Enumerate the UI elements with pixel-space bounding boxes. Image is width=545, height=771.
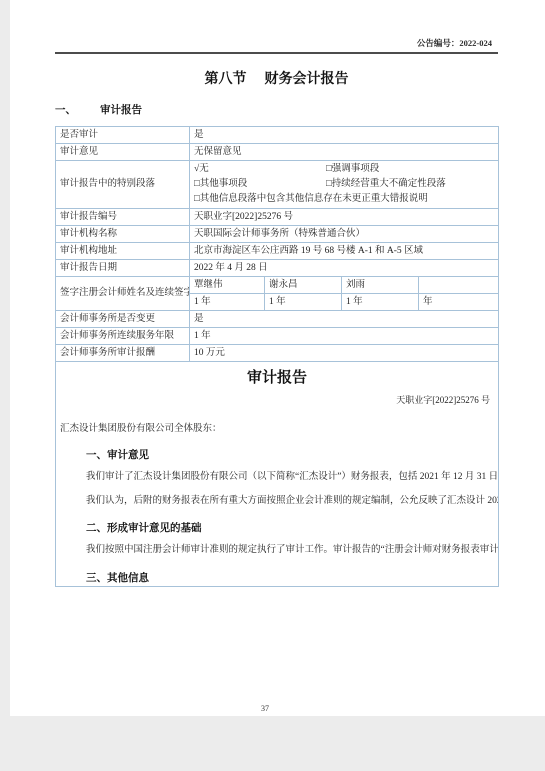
header-rule — [55, 52, 498, 54]
checkbox-option-none: √无 — [194, 162, 326, 177]
option-line: □其他事项段 □持续经营重大不确定性段落 — [194, 177, 494, 192]
document-viewport: 公告编号：2022-024 第八节财务会计报告 一、审计报告 是否审计 是 — [0, 0, 545, 771]
row-label: 审计意见 — [56, 144, 190, 161]
row-label: 审计报告日期 — [56, 260, 190, 277]
subsection-heading: 一、审计报告 — [55, 102, 498, 117]
signer-name: 刘雨 — [342, 277, 419, 294]
signer-name: 覃继伟 — [190, 277, 265, 294]
table-row: 审计报告编号 天职业字[2022]25276 号 — [56, 209, 499, 226]
signer-name — [419, 277, 499, 294]
row-value: 是 — [190, 127, 499, 144]
table-row: 会计师事务所是否变更 是 — [56, 311, 499, 328]
table-row: 会计师事务所审计报酬 10 万元 — [56, 345, 499, 362]
checkbox-option-other-matter: □其他事项段 — [194, 177, 326, 192]
row-value: 是 — [190, 311, 499, 328]
table-row-signers-names: 签字注册会计师姓名及连续签字年限 覃继伟 谢永昌 刘雨 — [56, 277, 499, 294]
row-label: 会计师事务所是否变更 — [56, 311, 190, 328]
report-paragraph: 我们认为，后附的财务报表在所有重大方面按照企业会计准则的规定编制，公允反映了汇杰… — [60, 493, 494, 510]
row-label: 签字注册会计师姓名及连续签字年限 — [56, 277, 190, 311]
table-row: 审计意见 无保留意见 — [56, 144, 499, 161]
row-label: 是否审计 — [56, 127, 190, 144]
row-value: 天职业字[2022]25276 号 — [190, 209, 499, 226]
report-heading-opinion: 一、审计意见 — [86, 449, 494, 462]
signer-years: 1 年 — [342, 294, 419, 311]
row-label: 审计机构地址 — [56, 243, 190, 260]
signer-years: 1 年 — [265, 294, 342, 311]
row-label: 会计师事务所审计报酬 — [56, 345, 190, 362]
row-label: 审计报告中的特别段落 — [56, 161, 190, 209]
option-line: □其他信息段落中包含其他信息存在未更正重大错报说明 — [194, 192, 494, 207]
table-row: 会计师事务所连续服务年限 1 年 — [56, 328, 499, 345]
table-row: 审计机构名称 天职国际会计师事务所（特殊普通合伙） — [56, 226, 499, 243]
row-label: 会计师事务所连续服务年限 — [56, 328, 190, 345]
option-line: √无 □强调事项段 — [194, 162, 494, 177]
section-title: 财务会计报告 — [265, 72, 349, 87]
row-value: 无保留意见 — [190, 144, 499, 161]
subsection-number: 一、 — [55, 105, 76, 116]
table-row: 是否审计 是 — [56, 127, 499, 144]
checkbox-option-other-info: □其他信息段落中包含其他信息存在未更正重大错报说明 — [194, 192, 428, 207]
report-paragraph: 我们审计了汇杰设计集团股份有限公司（以下简称“汇杰设计”）财务报表，包括 202… — [60, 469, 494, 486]
table-row: 审计机构地址 北京市海淀区车公庄西路 19 号 68 号楼 A-1 和 A-5 … — [56, 243, 499, 260]
signer-name: 谢永昌 — [265, 277, 342, 294]
document-page: 公告编号：2022-024 第八节财务会计报告 一、审计报告 是否审计 是 — [10, 0, 545, 716]
checkbox-option-emphasis: □强调事项段 — [326, 162, 379, 177]
checkbox-option-going-concern: □持续经营重大不确定性段落 — [326, 177, 446, 192]
row-label: 审计机构名称 — [56, 226, 190, 243]
audit-report-title: 审计报告 — [60, 372, 494, 385]
row-value: 2022 年 4 月 28 日 — [190, 260, 499, 277]
report-paragraph: 我们按照中国注册会计师审计准则的规定执行了审计工作。审计报告的“注册会计师对财务… — [60, 542, 494, 559]
section-number: 第八节 — [205, 72, 247, 87]
row-value: 1 年 — [190, 328, 499, 345]
report-heading-other-info: 三、其他信息 — [86, 572, 494, 585]
page-title: 第八节财务会计报告 — [55, 68, 498, 88]
table-row-audit-report: 审计报告 天职业字[2022]25276 号 汇杰设计集团股份有限公司全体股东：… — [56, 362, 499, 587]
special-paragraph-options: √无 □强调事项段 □其他事项段 □持续经营重大不确定性段落 □其他信息段落中包… — [190, 161, 499, 209]
row-value: 天职国际会计师事务所（特殊普通合伙） — [190, 226, 499, 243]
announcement-number: 公告编号：2022-024 — [55, 0, 498, 50]
report-heading-basis: 二、形成审计意见的基础 — [86, 522, 494, 535]
row-label: 审计报告编号 — [56, 209, 190, 226]
row-value: 北京市海淀区车公庄西路 19 号 68 号楼 A-1 和 A-5 区域 — [190, 243, 499, 260]
page-content: 公告编号：2022-024 第八节财务会计报告 一、审计报告 是否审计 是 — [55, 0, 498, 587]
table-row-special-paragraphs: 审计报告中的特别段落 √无 □强调事项段 □其他事项段 □持续经营重大不确定性段… — [56, 161, 499, 209]
row-value: 10 万元 — [190, 345, 499, 362]
subsection-title: 审计报告 — [100, 105, 142, 116]
audit-summary-table: 是否审计 是 审计意见 无保留意见 审计报告中的特别段落 √无 □强调事项段 — [55, 126, 499, 587]
audit-report-addressee: 汇杰设计集团股份有限公司全体股东： — [60, 423, 494, 436]
page-number: 37 — [10, 704, 520, 713]
audit-report-body: 审计报告 天职业字[2022]25276 号 汇杰设计集团股份有限公司全体股东：… — [56, 362, 499, 587]
audit-report-reference-number: 天职业字[2022]25276 号 — [60, 394, 494, 407]
signer-years: 1 年 — [190, 294, 265, 311]
signer-years: 年 — [419, 294, 499, 311]
table-row: 审计报告日期 2022 年 4 月 28 日 — [56, 260, 499, 277]
